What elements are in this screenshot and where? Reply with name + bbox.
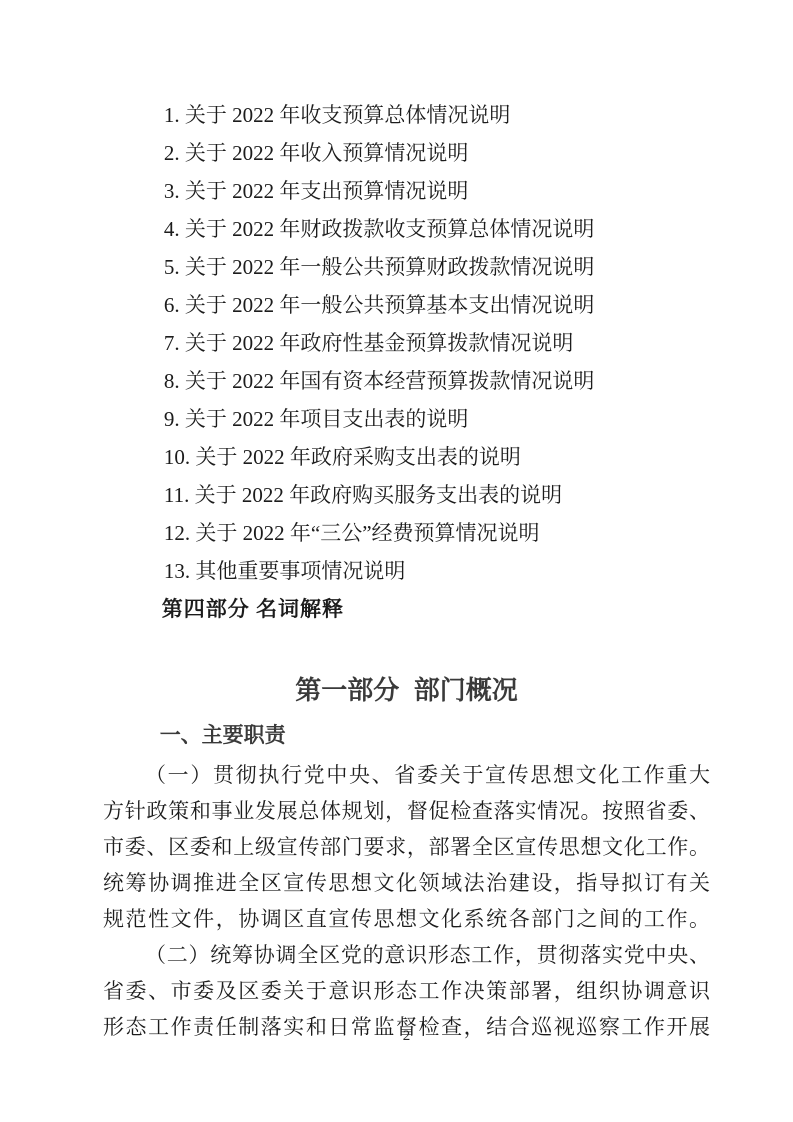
body-paragraphs: （一）贯彻执行党中央、省委关于宣传思想文化工作重大 方针政策和事业发展总体规划，… xyxy=(103,757,710,1045)
paragraph1-line: 市委、区委和上级宣传部门要求，部署全区宣传思想文化工作。 xyxy=(103,829,710,865)
toc-item-5: 5. 关于 2022 年一般公共预算财政拨款情况说明 xyxy=(103,248,710,286)
section-title: 第一部分 部门概况 xyxy=(103,670,710,710)
toc-part4-heading: 第四部分 名词解释 xyxy=(103,590,710,628)
toc-item-8: 8. 关于 2022 年国有资本经营预算拨款情况说明 xyxy=(103,362,710,400)
toc-item-3: 3. 关于 2022 年支出预算情况说明 xyxy=(103,172,710,210)
paragraph1-line: （一）贯彻执行党中央、省委关于宣传思想文化工作重大 xyxy=(103,757,710,793)
toc-item-11: 11. 关于 2022 年政府购买服务支出表的说明 xyxy=(103,476,710,514)
toc-item-4: 4. 关于 2022 年财政拨款收支预算总体情况说明 xyxy=(103,210,710,248)
toc-item-12: 12. 关于 2022 年“三公”经费预算情况说明 xyxy=(103,514,710,552)
toc-item-1: 1. 关于 2022 年收支预算总体情况说明 xyxy=(103,96,710,134)
toc-item-9: 9. 关于 2022 年项目支出表的说明 xyxy=(103,400,710,438)
toc-item-13: 13. 其他重要事项情况说明 xyxy=(103,552,710,590)
paragraph2-line: 省委、市委及区委关于意识形态工作决策部署，组织协调意识 xyxy=(103,973,710,1009)
paragraph1-line: 方针政策和事业发展总体规划，督促检查落实情况。按照省委、 xyxy=(103,793,710,829)
paragraph1-line: 规范性文件，协调区直宣传思想文化系统各部门之间的工作。 xyxy=(103,901,710,937)
toc-item-2: 2. 关于 2022 年收入预算情况说明 xyxy=(103,134,710,172)
page-number: 2 xyxy=(103,1027,710,1045)
subsection-heading: 一、主要职责 xyxy=(103,719,710,753)
toc-item-6: 6. 关于 2022 年一般公共预算基本支出情况说明 xyxy=(103,286,710,324)
toc-list: 1. 关于 2022 年收支预算总体情况说明 2. 关于 2022 年收入预算情… xyxy=(103,96,710,628)
toc-item-10: 10. 关于 2022 年政府采购支出表的说明 xyxy=(103,438,710,476)
document-page: 1. 关于 2022 年收支预算总体情况说明 2. 关于 2022 年收入预算情… xyxy=(0,0,793,1122)
toc-item-7: 7. 关于 2022 年政府性基金预算拨款情况说明 xyxy=(103,324,710,362)
paragraph2-line: （二）统筹协调全区党的意识形态工作，贯彻落实党中央、 xyxy=(103,937,710,973)
paragraph1-line: 统筹协调推进全区宣传思想文化领域法治建设，指导拟订有关 xyxy=(103,865,710,901)
